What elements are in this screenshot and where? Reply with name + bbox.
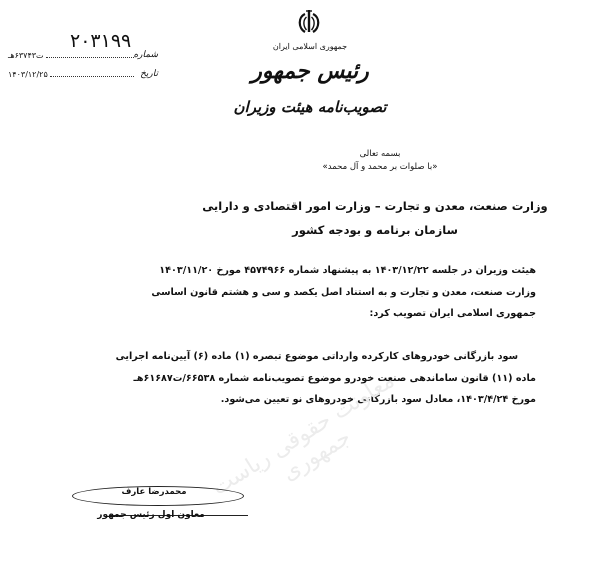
iran-emblem-icon [294,8,324,36]
dotted-line [50,75,134,77]
addressee-line-2: سازمان برنامه و بودجه کشور [200,218,550,242]
document-type-title: تصویب‌نامه هیئت وزیران [225,98,395,116]
salutation-line-2: «با صلوات بر محمد و آل محمد» [290,161,470,174]
number-value: ت۶۳۷۴۳هـ [8,51,44,60]
body-line: ماده (۱۱) قانون ساماندهی صنعت خودرو موضو… [62,368,536,390]
date-label: تاریخ [136,69,158,79]
number-label: شماره [136,50,158,60]
salutation-line-1: بسمه تعالی [290,148,470,161]
dotted-line [46,56,134,58]
addressee-line-1: وزارت صنعت، معدن و تجارت – وزارت امور اق… [200,194,550,218]
number-field: شماره ت۶۳۷۴۳هـ [8,50,158,60]
addressee: وزارت صنعت، معدن و تجارت – وزارت امور اق… [200,194,550,242]
date-field: تاریخ ۱۴۰۳/۱۲/۲۵ [8,69,158,79]
body-line: وزارت صنعت، معدن و تجارت و به استناد اصل… [62,282,536,304]
body-line: مورخ ۱۴۰۳/۴/۲۴، معادل سود بازرگانی خودرو… [62,389,536,411]
emblem-label: جمهوری اسلامی ایران [270,42,350,51]
body-line: جمهوری اسلامی ایران تصویب کرد: [62,303,536,325]
body-paragraph-1: هیئت وزیران در جلسه ۱۴۰۳/۱۲/۲۲ به پیشنها… [62,260,536,325]
body-paragraph-2: سود بازرگانی خودروهای کارکرده وارداتی مو… [62,346,536,411]
body-line: سود بازرگانی خودروهای کارکرده وارداتی مو… [62,346,536,368]
date-value: ۱۴۰۳/۱۲/۲۵ [8,70,48,79]
salutation: بسمه تعالی «با صلوات بر محمد و آل محمد» [290,148,470,174]
office-title: رئیس جمهور [250,58,370,84]
body-line: هیئت وزیران در جلسه ۱۴۰۳/۱۲/۲۲ به پیشنها… [62,260,536,282]
signatory-name: محمدرضا عارف [106,487,202,497]
decree-document: جمهوری اسلامی ایران رئیس جمهور تصویب‌نام… [0,0,600,564]
registration-number: ۲۰۳۱۹۹ [70,30,131,52]
signatory-title: معاون اول رئیس جمهور [96,510,206,520]
